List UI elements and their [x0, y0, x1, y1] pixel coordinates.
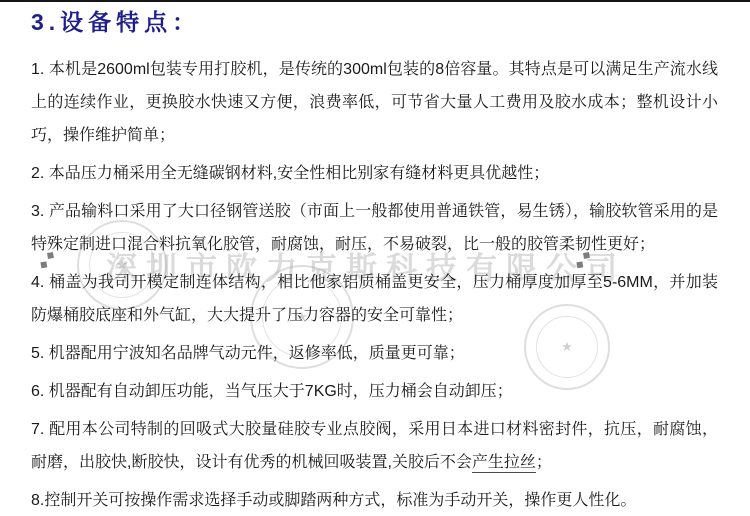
feature-item-3: 3. 产品输料口采用了大口径钢管送胶（市面上一般都使用普通铁管，易生锈），输胶软…: [31, 195, 718, 261]
page-title: 3.设备特点：: [31, 6, 718, 38]
feature-item-1: 1. 本机是2600ml包装专用打胶机，是传统的300ml包装的8倍容量。其特点…: [31, 53, 718, 152]
feature-item-7-text: 7. 配用本公司特制的回吸式大胶量硅胶专业点胶阀，采用日本进口材料密封件，抗压，…: [31, 421, 718, 471]
feature-item-8: 8.控制开关可按操作需求选择手动或脚踏两种方式，标准为手动开关，操作更人性化。: [31, 484, 718, 516]
feature-item-7-tail: ；: [536, 454, 552, 471]
page: 深圳市欧力克斯科技有限公司 ★ ★ ★ ◆◆ ◆◆ 3.设备特点： 1. 本机是…: [0, 0, 750, 516]
feature-content: 3.设备特点： 1. 本机是2600ml包装专用打胶机，是传统的300ml包装的…: [0, 0, 750, 516]
feature-item-2: 2. 本品压力桶采用全无缝碳钢材料,安全性相比别家有缝材料更具优越性；: [31, 157, 718, 190]
feature-item-7: 7. 配用本公司特制的回吸式大胶量硅胶专业点胶阀，采用日本进口材料密封件，抗压，…: [31, 413, 718, 479]
feature-item-6: 6. 机器配有自动卸压功能，当气压大于7KG时，压力桶会自动卸压；: [31, 375, 718, 408]
feature-item-4: 4. 桶盖为我司开模定制连体结构，相比他家铝质桶盖更安全，压力桶厚度加厚至5-6…: [31, 266, 718, 332]
feature-item-5: 5. 机器配用宁波知名品牌气动元件，返修率低，质量更可靠；: [31, 337, 718, 370]
feature-item-7-underlined-text: 产生拉丝: [472, 454, 536, 473]
